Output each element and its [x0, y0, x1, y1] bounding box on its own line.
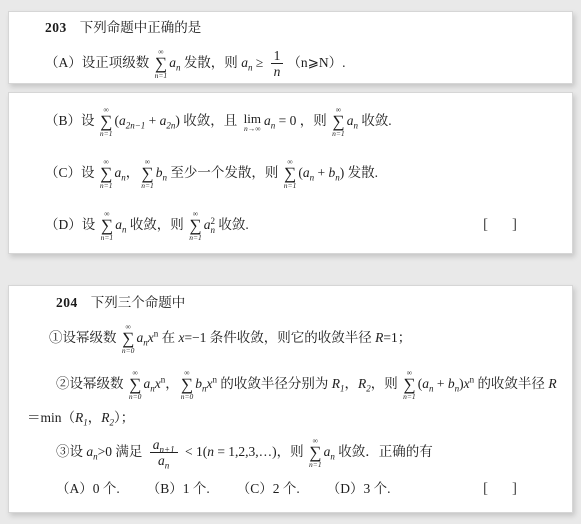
sum-sigma-icon: ∞∑n=1: [155, 48, 168, 80]
var-bn: bn: [328, 165, 339, 180]
sum-lower: n=1: [309, 461, 322, 469]
sigma-icon: ∑: [129, 376, 142, 393]
sigma-icon: ∑: [122, 330, 135, 347]
fraction-numerator: an+1: [150, 437, 178, 454]
option-c-204: （C）2 个.: [237, 481, 300, 496]
problem-number: 204: [56, 295, 78, 310]
sum-lower: n=1: [141, 182, 154, 190]
geq-symbol: ≥: [252, 55, 266, 70]
option-a-mid: 发散，则: [180, 55, 241, 70]
option-a-204: （A）0 个.: [56, 481, 120, 496]
problem-204-header: 204下列三个命题中: [27, 291, 562, 315]
var-an: an: [115, 217, 126, 232]
sigma-icon: ∑: [141, 165, 154, 182]
sum-sigma-icon: ∞∑n=1: [101, 210, 114, 242]
statement-3-204: ③设 an>0 满足 an+1an < 1(n = 1,2,3,…)，则 ∞∑n…: [27, 429, 562, 475]
option-b-203: （B）设 ∞∑n=1(a2n−1 + a2n) 收敛，且 limn→∞an = …: [36, 95, 562, 147]
sum-sigma-icon: ∞∑n=1: [309, 437, 322, 469]
sigma-icon: ∑: [101, 217, 114, 234]
answer-brackets: []: [483, 482, 517, 497]
option-a-203: （A）设正项级数 ∞∑n=1an 发散，则 an ≥ 1n（n⩾N）.: [36, 40, 562, 86]
sum-sigma-icon: ∞∑n=1: [332, 106, 345, 138]
statement-2-tail: 的收敛半径: [474, 376, 548, 391]
plus-symbol: +: [145, 113, 159, 128]
statement-1-tail: =1；: [383, 330, 411, 345]
sum-lower: n=1: [155, 72, 168, 80]
var-an-squared: a2n: [204, 217, 215, 232]
sum-sigma-icon: ∞∑n=1: [100, 106, 113, 138]
var-R2: R2: [101, 410, 114, 425]
sum-sigma-icon: ∞∑n=1: [284, 158, 297, 190]
var-an: an: [136, 330, 147, 345]
statement-3-tail: 收敛．正确的有: [335, 444, 433, 459]
var-bn: bn: [195, 376, 206, 391]
statement-2-then: ，则: [371, 376, 401, 391]
sum-sigma-icon: ∞∑n=1: [189, 210, 202, 242]
problem-title: 下列命题中正确的是: [80, 20, 202, 35]
statement-3-gt: >0 满足: [98, 444, 146, 459]
var-an: an: [264, 113, 275, 128]
lim-subscript: n→∞: [244, 125, 261, 133]
option-b-tail: 收敛.: [358, 113, 392, 128]
answer-options-204: （A）0 个.（B）1 个.（C）2 个.（D）3 个. []: [27, 475, 562, 503]
sum-lower: n=1: [403, 393, 416, 401]
fraction-denominator: an: [150, 453, 178, 469]
option-d-mid: 收敛，则: [126, 217, 187, 232]
sum-lower: n=0: [181, 393, 194, 401]
equals-zero: = 0 ，则: [275, 113, 330, 128]
sum-lower: n=1: [100, 182, 113, 190]
option-b-mid: ) 收敛，且: [175, 113, 240, 128]
sigma-icon: ∑: [403, 376, 416, 393]
statement-1-eq: =−1 条件收敛，则它的收敛半径: [184, 330, 375, 345]
var-n: n: [207, 444, 214, 459]
sum-sigma-icon: ∞∑n=0: [181, 369, 194, 401]
statement-1-204: ①设幂级数 ∞∑n=0anxn 在 x=−1 条件收敛，则它的收敛半径 R=1；: [27, 315, 562, 361]
fraction-denominator: n: [271, 64, 284, 80]
limit-symbol: limn→∞: [244, 112, 261, 133]
statement-2-lead: ②设幂级数: [56, 376, 127, 391]
sum-lower: n=1: [100, 130, 113, 138]
fraction-1-over-n: 1n: [271, 48, 284, 80]
var-a2n-1: a2n−1: [119, 113, 145, 128]
sigma-icon: ∑: [100, 113, 113, 130]
var-an: an: [169, 55, 180, 70]
exam-page: 203下列命题中正确的是 （A）设正项级数 ∞∑n=1an 发散，则 an ≥ …: [0, 0, 581, 524]
sum-lower: n=1: [332, 130, 345, 138]
var-an: an: [347, 113, 358, 128]
var-R2: R2: [358, 376, 371, 391]
var-an: an: [303, 165, 314, 180]
sigma-icon: ∑: [155, 55, 168, 72]
option-c-tail: ) 发散.: [340, 165, 378, 180]
option-c-mid: 至少一个发散，则: [167, 165, 282, 180]
sigma-icon: ∑: [181, 376, 194, 393]
fraction-ratio: an+1an: [150, 437, 178, 469]
problem-204-card: 204下列三个命题中 ①设幂级数 ∞∑n=0anxn 在 x=−1 条件收敛，则…: [8, 285, 573, 513]
statement-2-204: ②设幂级数 ∞∑n=0anxn，∞∑n=0bnxn 的收敛半径分别为 R1，R2…: [27, 361, 562, 407]
problem-203-card-options: （B）设 ∞∑n=1(a2n−1 + a2n) 收敛，且 limn→∞an = …: [8, 92, 573, 254]
var-an: an: [86, 444, 97, 459]
right-bracket: ]: [512, 217, 517, 233]
var-an: an: [143, 376, 154, 391]
statement-3-lt: < 1(: [182, 444, 208, 459]
var-R: R: [548, 376, 556, 391]
sum-lower: n=1: [284, 182, 297, 190]
sigma-icon: ∑: [284, 165, 297, 182]
var-an: an: [324, 444, 335, 459]
var-a2n: a2n: [160, 113, 176, 128]
sum-lower: n=1: [189, 234, 202, 242]
var-R1: R1: [332, 376, 345, 391]
sum-sigma-icon: ∞∑n=1: [403, 369, 416, 401]
sum-lower: n=0: [129, 393, 142, 401]
var-an: an: [114, 165, 125, 180]
plus-symbol: +: [433, 376, 447, 391]
sum-sigma-icon: ∞∑n=1: [141, 158, 154, 190]
sigma-icon: ∑: [309, 444, 322, 461]
plus-symbol: +: [314, 165, 328, 180]
statement-3-lead: ③设: [56, 444, 86, 459]
fraction-numerator: 1: [271, 48, 284, 65]
problem-203-header: 203下列命题中正确的是: [36, 16, 562, 40]
var-bn: bn: [448, 376, 459, 391]
sigma-icon: ∑: [100, 165, 113, 182]
var-bn: bn: [156, 165, 167, 180]
option-d-tail: 收敛.: [215, 217, 249, 232]
statement-1-lead: ①设幂级数: [49, 330, 120, 345]
option-a-lead: （A）设正项级数: [45, 55, 153, 70]
option-a-tail: （n⩾N）.: [287, 55, 345, 70]
comma: ，: [345, 376, 359, 391]
problem-203-card-top: 203下列命题中正确的是 （A）设正项级数 ∞∑n=1an 发散，则 an ≥ …: [8, 11, 573, 84]
statement-2-continuation: ＝min（R1，R2）；: [27, 407, 562, 429]
comma: ，: [88, 410, 102, 425]
option-d-204: （D）3 个.: [327, 481, 391, 496]
left-bracket: [: [483, 481, 488, 497]
sigma-icon: ∑: [189, 217, 202, 234]
option-c-lead: （C）设: [45, 165, 98, 180]
right-bracket: ]: [512, 481, 517, 497]
option-b-lead: （B）设: [45, 113, 98, 128]
left-bracket: [: [483, 217, 488, 233]
problem-title: 下列三个命题中: [91, 295, 186, 310]
sum-lower: n=0: [122, 347, 135, 355]
lim-text: lim: [244, 112, 261, 125]
sum-sigma-icon: ∞∑n=0: [129, 369, 142, 401]
statement-2b-end: ）；: [114, 410, 134, 425]
var-R1: R1: [75, 410, 88, 425]
sum-lower: n=1: [101, 234, 114, 242]
option-d-lead: （D）设: [45, 217, 99, 232]
statement-2-mid: 的收敛半径分别为: [217, 376, 332, 391]
var-xn: xn: [464, 376, 475, 391]
var-xn: xn: [148, 330, 159, 345]
var-xn: xn: [155, 376, 166, 391]
comma: ，: [165, 376, 179, 391]
option-d-203: （D）设 ∞∑n=1an 收敛，则 ∞∑n=1a2n 收敛. []: [36, 199, 562, 251]
answer-brackets: []: [483, 218, 517, 233]
statement-3-seq: = 1,2,3,…)，则: [214, 444, 307, 459]
option-c-203: （C）设 ∞∑n=1an，∞∑n=1bn 至少一个发散，则 ∞∑n=1(an +…: [36, 147, 562, 199]
var-xn: xn: [207, 376, 218, 391]
eq-min: ＝min（: [27, 410, 75, 425]
comma: ，: [126, 165, 140, 180]
var-an: an: [422, 376, 433, 391]
sum-sigma-icon: ∞∑n=0: [122, 323, 135, 355]
var-an: an: [241, 55, 252, 70]
problem-number: 203: [45, 20, 67, 35]
sigma-icon: ∑: [332, 113, 345, 130]
sum-sigma-icon: ∞∑n=1: [100, 158, 113, 190]
option-b-204: （B）1 个.: [147, 481, 210, 496]
statement-1-in: 在: [158, 330, 178, 345]
